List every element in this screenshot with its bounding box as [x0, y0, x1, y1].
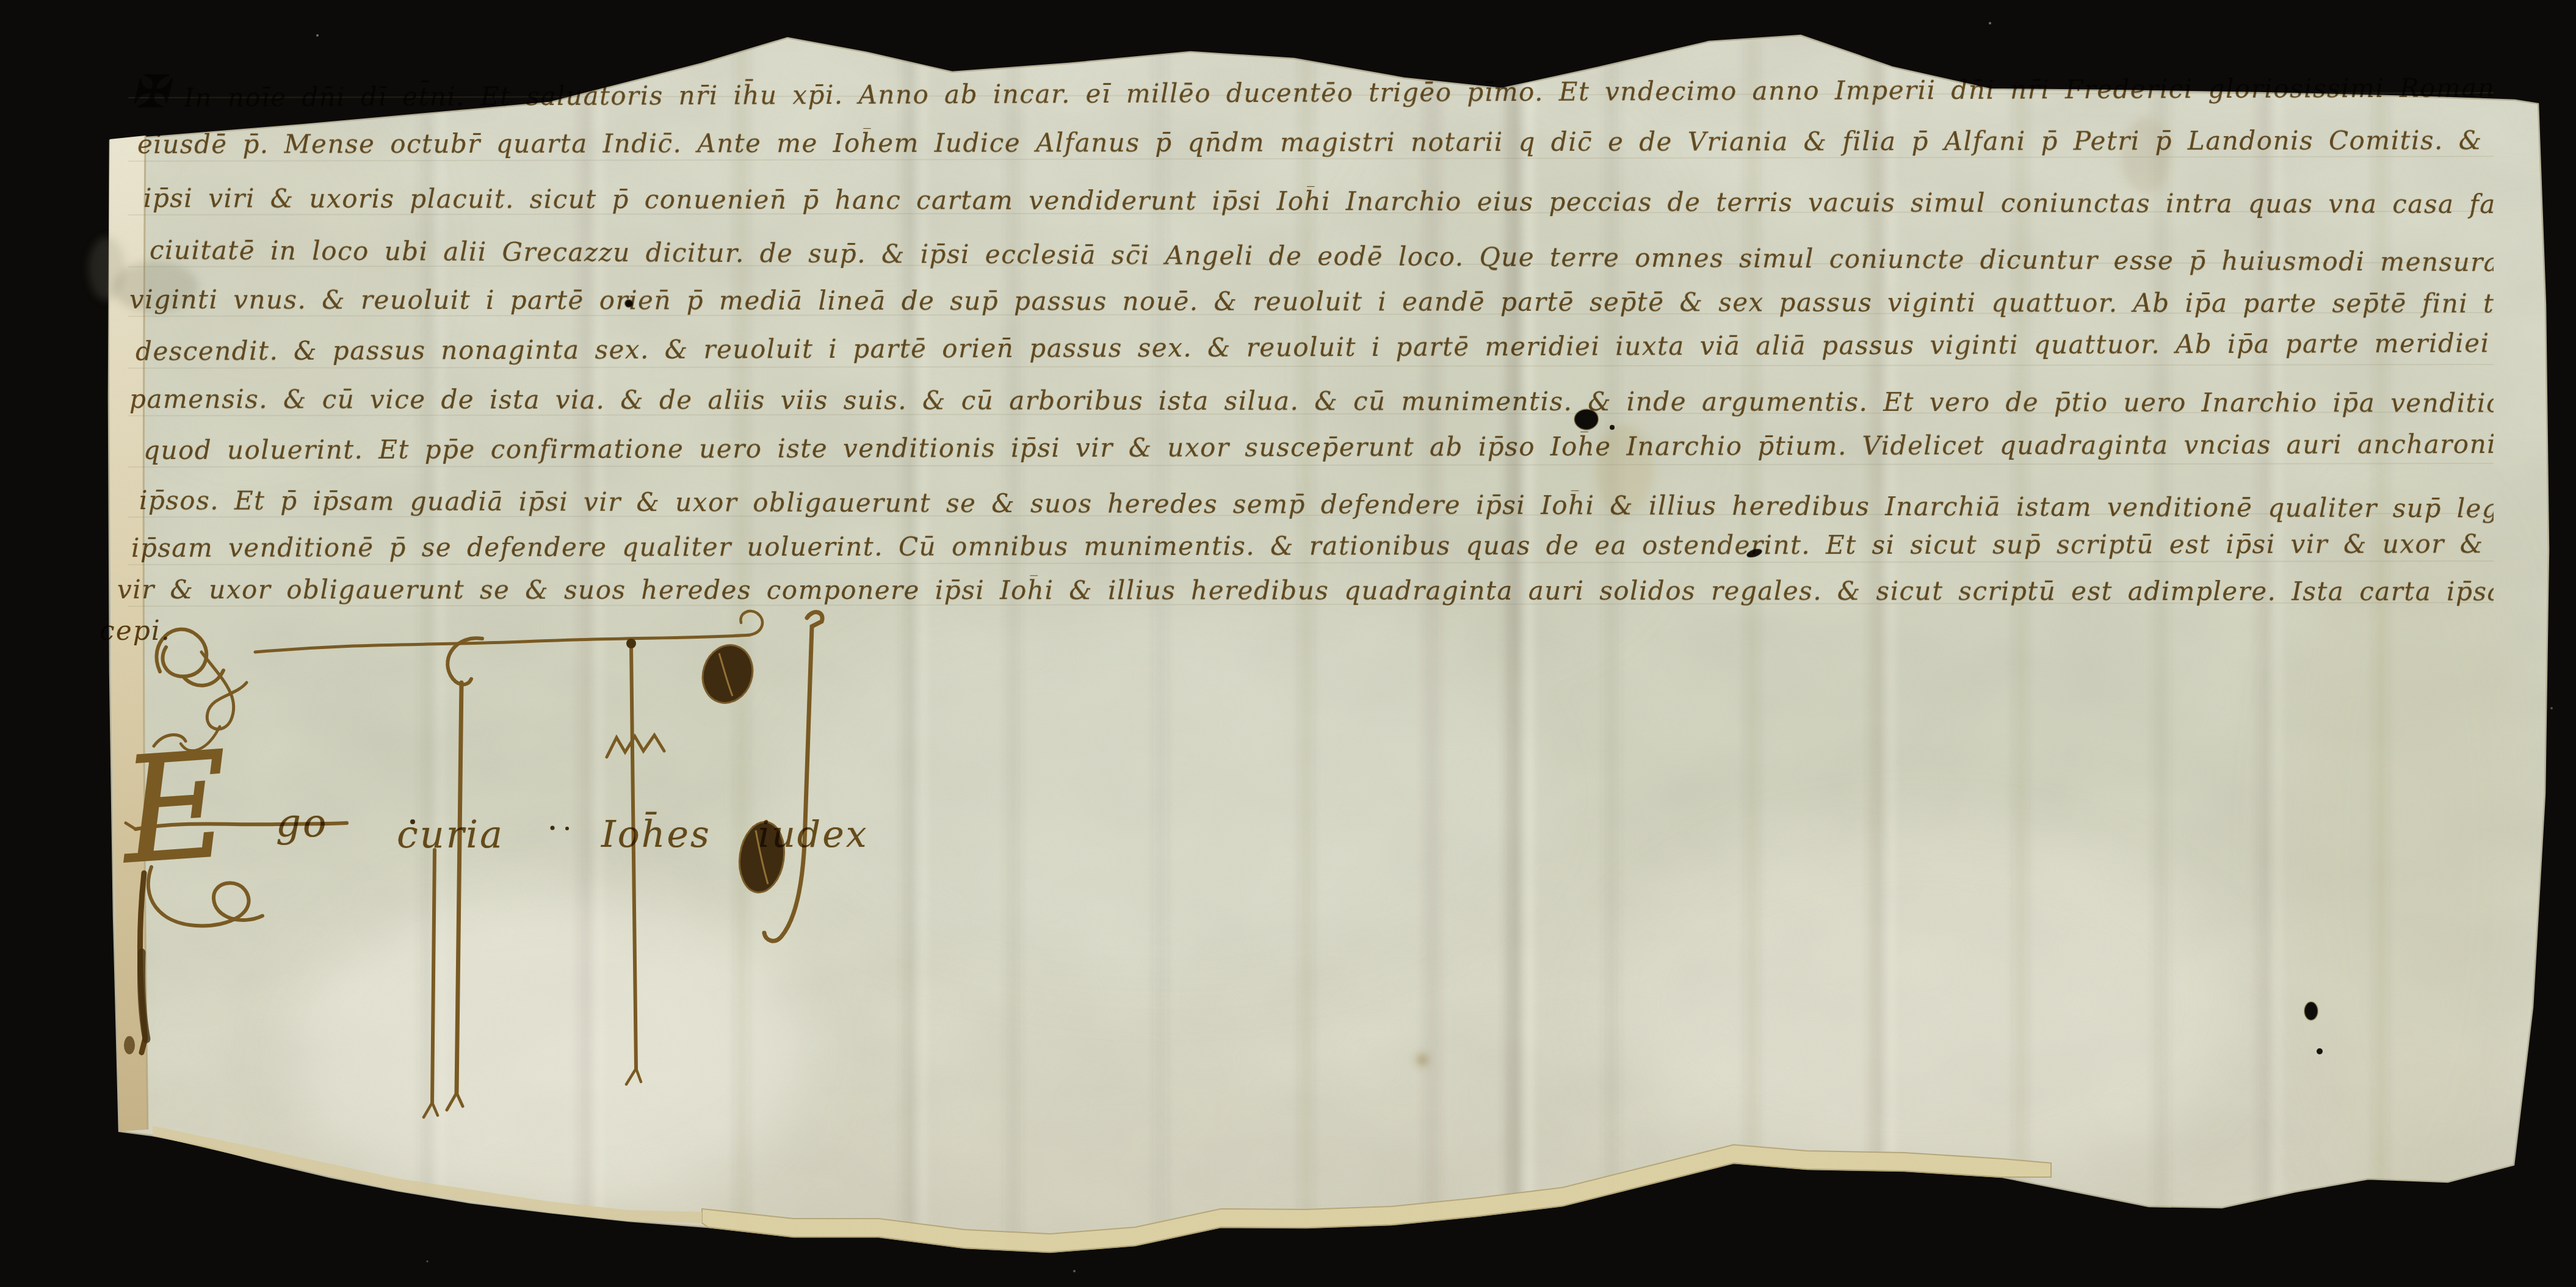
- text-line: quod uoluerint. Et pp̄e confirmatione ue…: [143, 429, 2494, 465]
- text-line: ip̄sam venditionē p̄ se defendere qualit…: [131, 529, 2494, 563]
- subscription-curia: curia: [397, 812, 504, 857]
- subscription-iohes: Ioh̄es: [601, 813, 711, 856]
- text-line: ip̄si viri & uxoris placuit. sicut p̄ co…: [143, 183, 2494, 219]
- text-line: viginti vnus. & reuoluit i partē orien̄ …: [129, 285, 2494, 319]
- subscription-ego-rest: go: [276, 801, 328, 846]
- closing-word: cepi.: [99, 615, 171, 647]
- text-line: vir & uxor obligauerunt se & suos herede…: [117, 575, 2494, 606]
- text-line: eiusdē p̄. Mense octubr̄ quarta Indic̄. …: [137, 125, 2494, 159]
- subscription-iudex: iudex: [758, 813, 869, 856]
- text-line: ✠ In noīe dn̄i dī et̄ni. Et saluatoris n…: [131, 56, 2494, 117]
- photograph-of-parchment-charter: E ✠ In noīe dn̄i dī et̄ni. Et saluatoris…: [0, 0, 2576, 1287]
- text-line: pamensis. & cū vice de ista via. & de al…: [129, 384, 2494, 418]
